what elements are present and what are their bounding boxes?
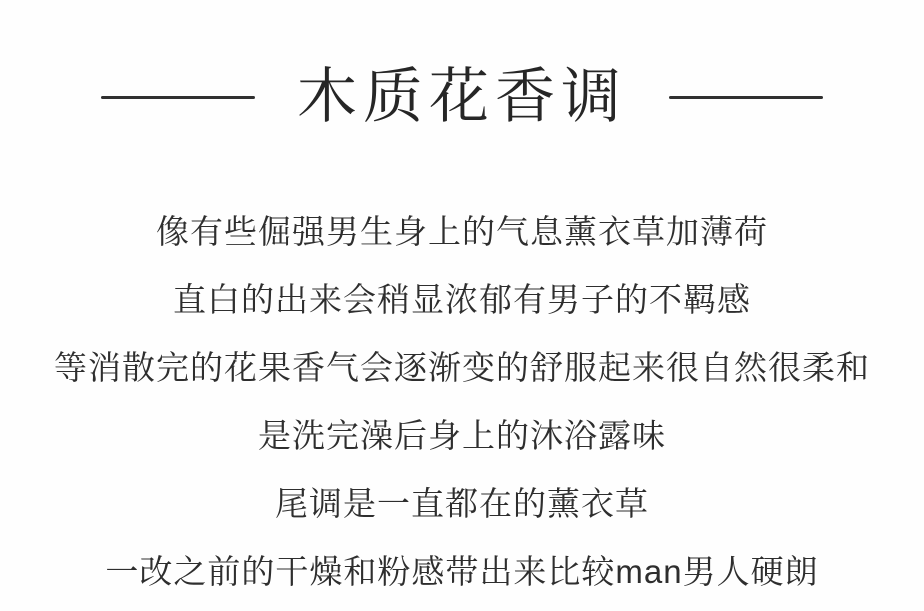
description-line: 是洗完澡后身上的沐浴露味: [0, 402, 924, 470]
right-rule-line: [669, 96, 823, 99]
left-rule-line: [101, 96, 255, 99]
fragrance-note-page: 木质花香调 像有些倔强男生身上的气息薰衣草加薄荷 直白的出来会稍显浓郁有男子的不…: [0, 0, 924, 611]
description-line: 一改之前的干燥和粉感带出来比较man男人硬朗: [0, 538, 924, 606]
description-line: 尾调是一直都在的薰衣草: [0, 470, 924, 538]
page-title: 木质花香调: [297, 67, 627, 127]
description-line: 等消散完的花果香气会逐渐变的舒服起来很自然很柔和: [0, 334, 924, 402]
description-line: 直白的出来会稍显浓郁有男子的不羁感: [0, 266, 924, 334]
description-text: 像有些倔强男生身上的气息薰衣草加薄荷 直白的出来会稍显浓郁有男子的不羁感 等消散…: [0, 198, 924, 606]
description-line: 像有些倔强男生身上的气息薰衣草加薄荷: [0, 198, 924, 266]
title-block: 木质花香调: [0, 58, 924, 136]
